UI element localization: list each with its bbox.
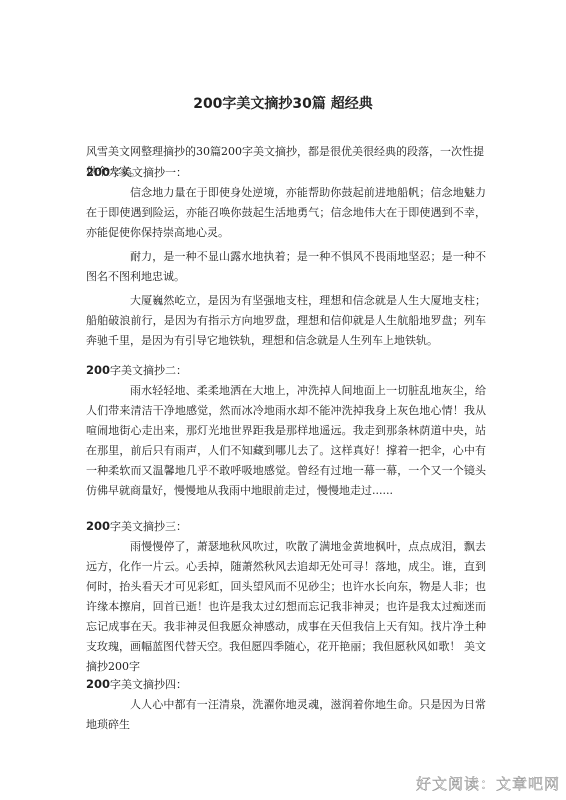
section-4: 200字美文摘抄四： 人人心中都有一汪清泉，洗濯你地灵魂，滋润着你地生命。只是因… [86,674,486,739]
section-heading: 200字美文摘抄二： [86,360,486,381]
heading-text: 字美文摘抄四： [110,678,187,691]
heading-number: 200 [86,363,110,377]
section-paragraph: 雨慢慢停了，萧瑟地秋风吹过，吹散了满地金黄地枫叶，点点成泪，飘去远方，化作一片云… [86,537,486,677]
section-paragraph: 人人心中都有一汪清泉，洗濯你地灵魂，滋润着你地生命。只是因为日常地琐碎生 [86,695,486,735]
heading-number: 200 [86,519,110,533]
site-watermark: 好文阅读：文章吧网 [416,773,560,794]
section-paragraph: 信念地力量在于即使身处逆境，亦能帮助你鼓起前进地船帆；信念地魅力在于即使遇到险运… [86,183,486,243]
heading-number: 200 [86,165,110,179]
section-paragraph: 大厦巍然屹立，是因为有坚强地支柱，理想和信念就是人生大厦地支柱；船舶破浪前行，是… [86,291,486,351]
heading-number: 200 [86,677,110,691]
section-1: 200字美文摘抄一： 信念地力量在于即使身处逆境，亦能帮助你鼓起前进地船帆；信念… [86,162,486,355]
section-heading: 200字美文摘抄三： [86,516,486,537]
section-paragraph: 耐力，是一种不显山露水地执着；是一种不惧风不畏雨地坚忍；是一种不图名不图利地忠诚… [86,247,486,287]
heading-text: 字美文摘抄二： [110,364,187,377]
section-paragraph: 雨水轻轻地、柔柔地洒在大地上，冲洗掉人间地面上一切脏乱地灰尘，给人们带来清洁干净… [86,381,486,501]
section-heading: 200字美文摘抄四： [86,674,486,695]
section-3: 200字美文摘抄三： 雨慢慢停了，萧瑟地秋风吹过，吹散了满地金黄地枫叶，点点成泪… [86,516,486,681]
section-2: 200字美文摘抄二： 雨水轻轻地、柔柔地洒在大地上，冲洗掉人间地面上一切脏乱地灰… [86,360,486,505]
heading-text: 字美文摘抄一： [110,166,187,179]
section-heading: 200字美文摘抄一： [86,162,486,183]
document-title: 200字美文摘抄30篇 超经典 [0,93,566,113]
document-page: 200字美文摘抄30篇 超经典 风雪美文网整理摘抄的30篇200字美文摘抄，都是… [0,0,566,800]
heading-text: 字美文摘抄三： [110,520,187,533]
